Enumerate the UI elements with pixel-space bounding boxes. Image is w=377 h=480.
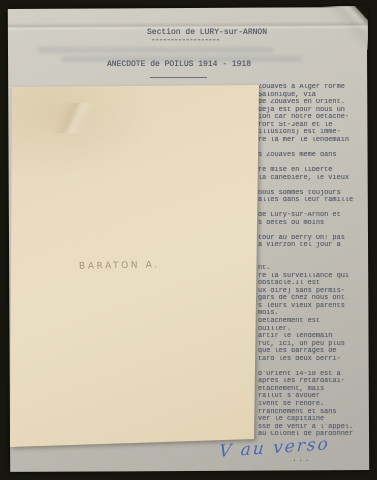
typed-text-line: gars de chez nous ont <box>258 295 372 303</box>
section-heading-underline: ------------------ <box>151 36 219 45</box>
typed-text-line: ouiller. <box>258 326 372 334</box>
sheet-crease <box>10 103 130 133</box>
typed-text-line <box>258 258 372 266</box>
typed-text-line: fort St-Jean et le <box>258 122 372 130</box>
typed-ellipsis: ... <box>292 455 311 464</box>
bleed-through-text <box>38 47 273 53</box>
typed-text-line: obstacle.Il est <box>258 280 372 288</box>
typed-text-line: étachement, mais <box>258 386 372 394</box>
typed-text-line: nous sommes toujours <box>258 190 372 198</box>
typed-text-line: nt. <box>258 265 372 273</box>
typed-text-line: ux dire) sans permis- <box>258 288 372 296</box>
typed-text-line <box>258 363 372 371</box>
typed-text-line: illusions) est immé- <box>258 129 372 137</box>
typed-text-line: mois. <box>258 310 372 318</box>
typed-text-line: de Zouaves en Orient. <box>258 99 372 107</box>
typed-text-line <box>258 159 372 167</box>
typed-text-line: ivent se rendre. <box>258 401 372 409</box>
typed-text-line: fut, ici, un peu plus <box>258 341 372 349</box>
typed-text-line: allés dans leur famille <box>258 197 372 205</box>
typed-text-line: ver le capitaine <box>258 416 372 424</box>
typed-text-line: la canebière, le vieux <box>258 175 372 183</box>
typed-text-line <box>258 227 372 235</box>
typed-text-line: re la mer le lendemain <box>258 137 372 145</box>
typed-text-line: artir le lendemain <box>258 333 372 341</box>
typed-text-line: s leurs vieux parents <box>258 303 372 311</box>
pencil-name-note: BARATON A. <box>79 260 160 272</box>
typed-text-line: franchement et sans <box>258 409 372 417</box>
document-title: ANECDOTE de POILUS 1914 - 1918 <box>107 60 251 69</box>
typed-text-line: que les barrages de <box>258 348 372 356</box>
typed-column: Zouaves à Alger forméSalonique, viade Zo… <box>258 84 372 439</box>
scanned-document-view: Section de LURY-sur-ARNON --------------… <box>0 0 377 480</box>
typed-text-line: de Lury-sur-Arnon et <box>258 212 372 220</box>
typed-text-line: Salonique, via <box>258 92 372 100</box>
title-rule <box>150 77 207 78</box>
typed-text-line: après les retardatai- <box>258 378 372 386</box>
typed-text-line: s Zouaves même dans <box>258 152 372 160</box>
typed-text-line <box>258 144 372 152</box>
typed-text-line: tour au berry Oh! pas <box>258 235 372 243</box>
typed-text-line: détachement est <box>258 318 372 326</box>
typed-text-line <box>258 250 372 258</box>
typed-text-line: ion car notre détache- <box>258 114 372 122</box>
typed-text-line: tard les deux berri- <box>258 356 372 364</box>
typed-text-line: déjà est pour nous un <box>258 107 372 115</box>
typed-text-line <box>258 205 372 213</box>
typed-text-line: Zouaves à Alger formé <box>258 84 372 92</box>
typed-text-line: sse de venir à l'appel. <box>258 424 372 432</box>
typed-text-line: fallut s'avouer <box>258 393 372 401</box>
typed-text-line: s bêtes ou moins <box>258 220 372 228</box>
typed-text-line: re mise en liberté <box>258 167 372 175</box>
typed-text-line: ré la surveillance qui <box>258 273 372 281</box>
typed-text-line: à Vierzon tel jour à <box>258 242 372 250</box>
typed-text-line <box>258 182 372 190</box>
typed-text-line: d'Orient 14-18 est à <box>258 371 372 379</box>
